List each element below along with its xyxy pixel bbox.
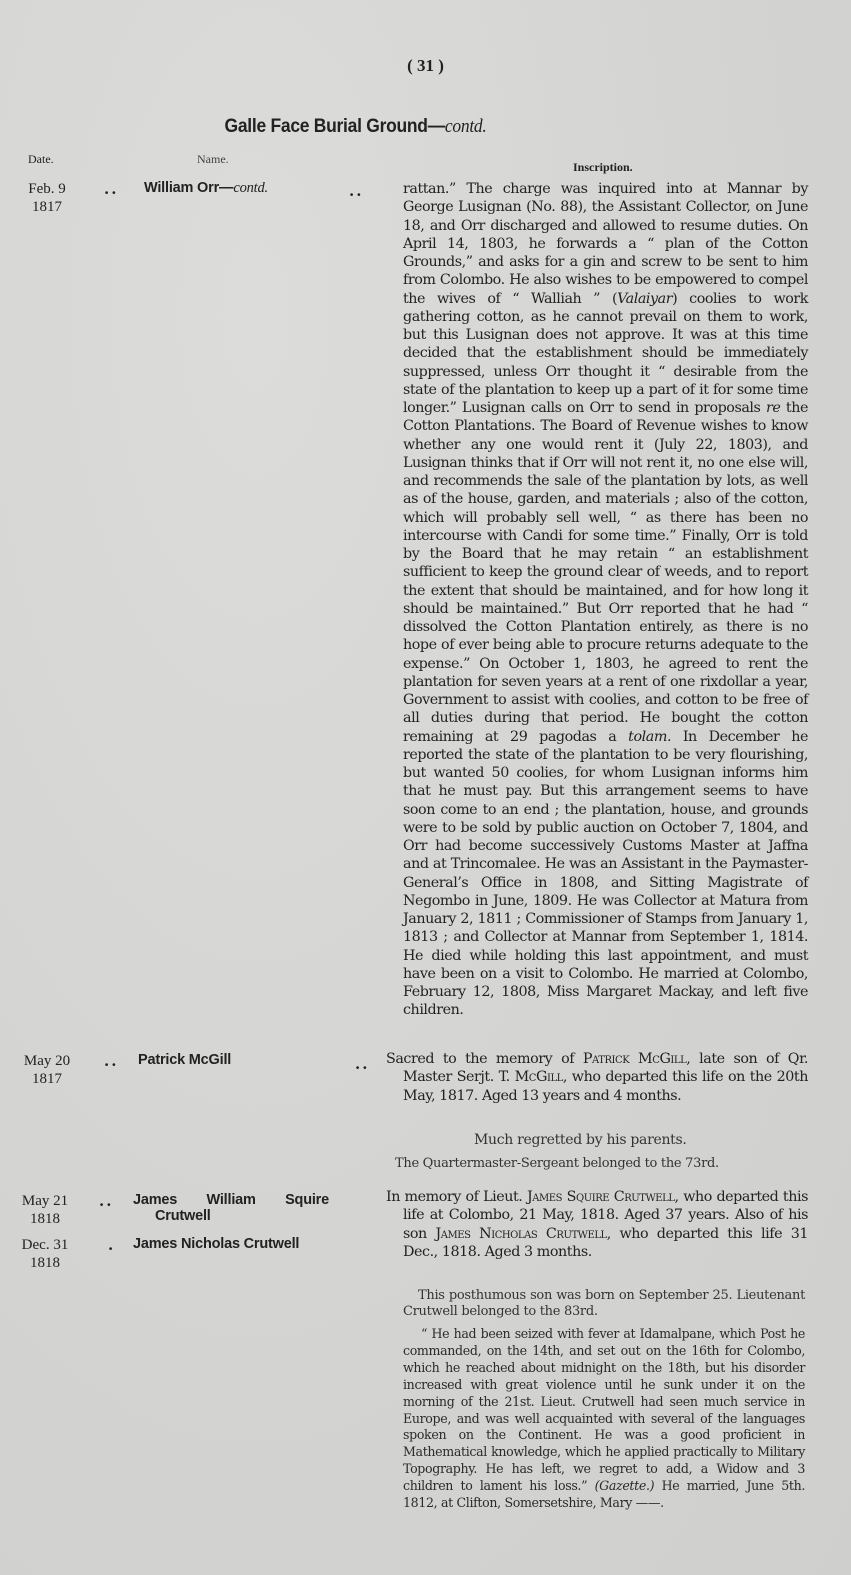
leader-dots: .. [349,182,363,200]
entry-date: May 20 1817 [12,1052,82,1088]
title-suffix: contd. [445,116,487,137]
inscription-text: Sacred to the memory of Patrick McGill, … [386,1050,808,1105]
name-line: James William Squire [133,1192,329,1208]
page-title: Galle Face Burial Ground—contd. [28,116,682,138]
date-day: May 20 [12,1052,82,1070]
date-year: 1818 [10,1254,80,1272]
inscription-text: rattan.” The charge was inquired into at… [403,180,808,1020]
leader-dots: .. [104,180,118,198]
inscription-text: In memory of Lieut. James Squire Crutwel… [386,1188,808,1261]
gazette-quote: “ He had been seized with fever at Idama… [403,1326,805,1512]
date-year: 1817 [12,198,82,216]
entry-date: Dec. 31 1818 [10,1236,80,1272]
entry-name: Patrick McGill [138,1052,231,1068]
name-text: William Orr— [144,180,233,196]
date-day: Dec. 31 [10,1236,80,1254]
title-main: Galle Face Burial Ground— [225,116,445,137]
editor-note: The Quartermaster-Sergeant belonged to t… [395,1156,719,1172]
leader-dots: . [108,1236,115,1254]
page-number: ( 31 ) [0,56,851,76]
entry-date: May 21 1818 [10,1192,80,1228]
column-header-date: Date. [28,152,54,167]
editor-note: This posthumous son was born on Septembe… [403,1288,805,1320]
column-header-name: Name. [197,152,229,167]
column-header-inscription: Inscription. [573,160,633,175]
leader-dots: .. [104,1052,118,1070]
date-year: 1817 [12,1070,82,1088]
name-line: Crutwell [133,1208,333,1224]
date-day: Feb. 9 [12,180,82,198]
date-day: May 21 [10,1192,80,1210]
epitaph: Much regretted by his parents. [474,1132,687,1148]
name-suffix: contd. [233,180,268,196]
entry-name: James William Squire Crutwell [133,1192,333,1224]
date-year: 1818 [10,1210,80,1228]
entry-date: Feb. 9 1817 [12,180,82,216]
entry-name: James Nicholas Crutwell [133,1236,299,1252]
leader-dots: .. [355,1055,369,1073]
leader-dots: .. [99,1192,113,1210]
entry-name: William Orr—contd. [144,180,268,197]
